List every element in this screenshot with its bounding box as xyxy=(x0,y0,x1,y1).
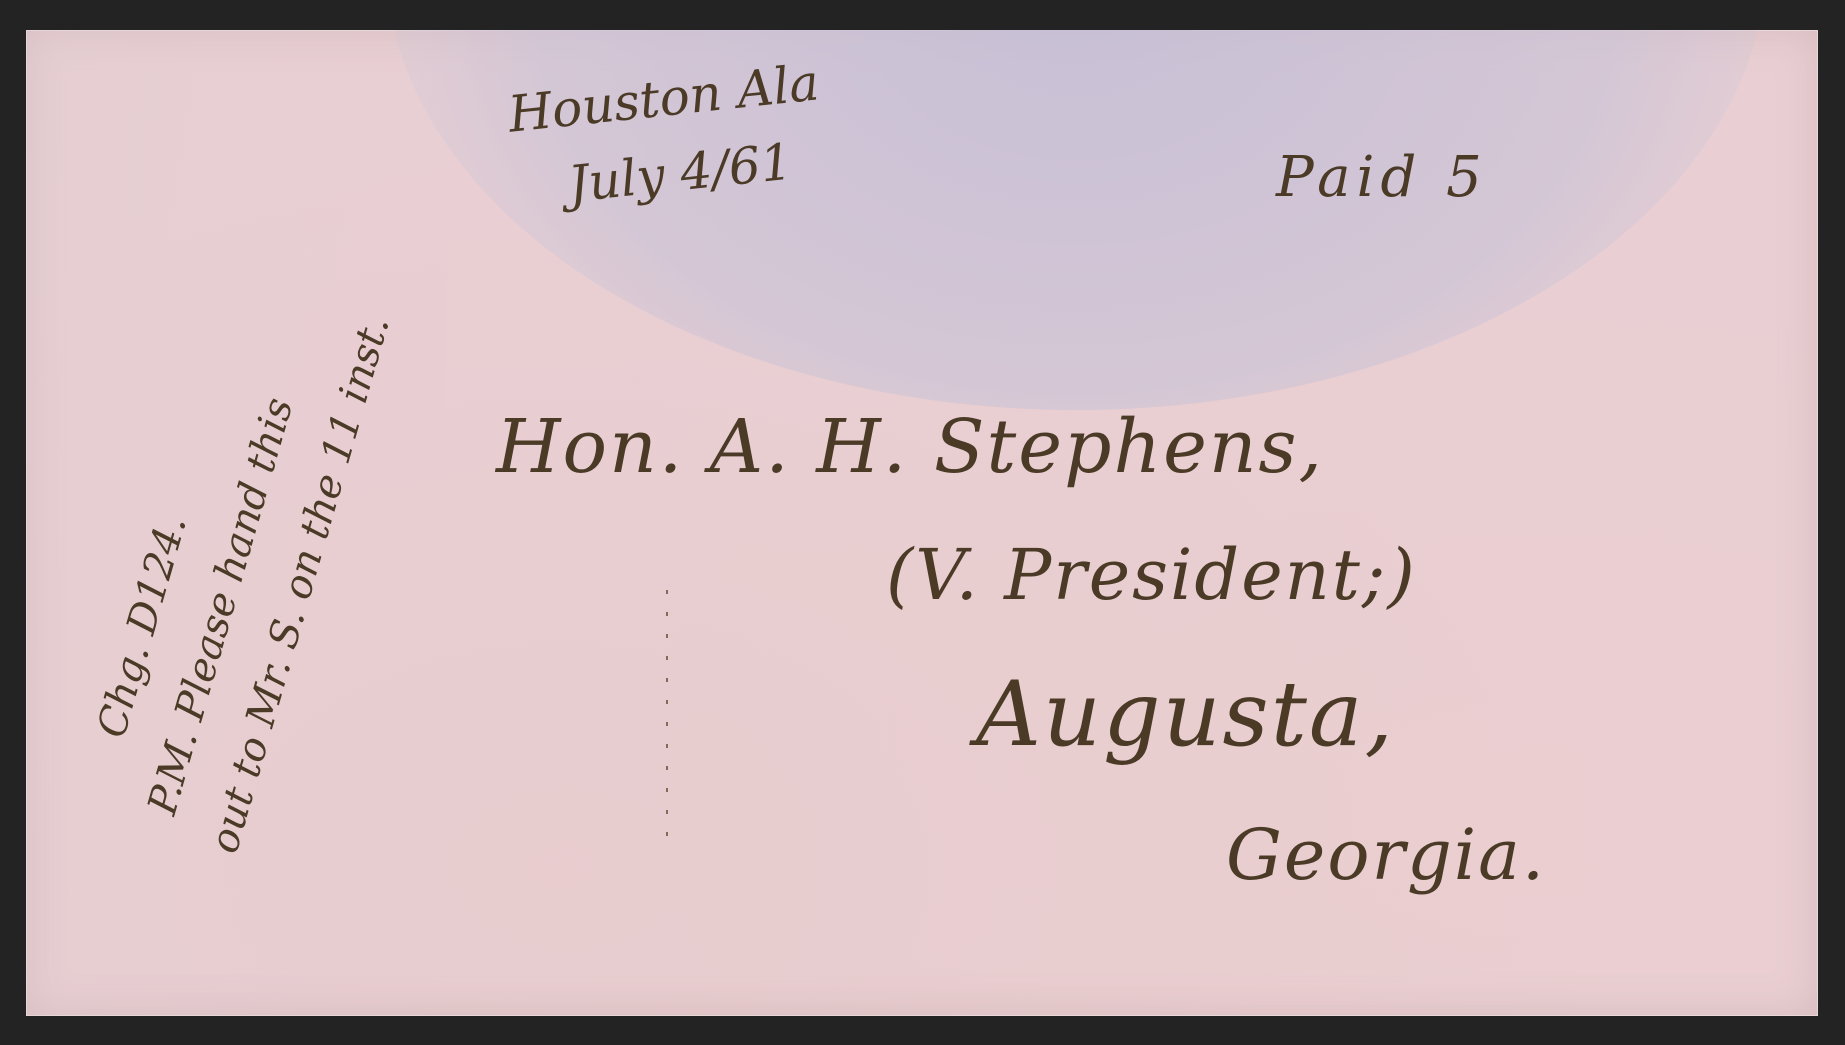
address-city: Augusta, xyxy=(976,670,1395,760)
addressee-name: Hon. A. H. Stephens, xyxy=(496,410,1324,484)
address-state: Georgia. xyxy=(1226,820,1546,890)
dotted-fold-line xyxy=(666,590,668,850)
paid-rate-marking: Paid 5 xyxy=(1276,150,1488,206)
envelope: Houston Ala July 4/61 Paid 5 Hon. A. H. … xyxy=(26,30,1818,1016)
addressee-title: (V. President;) xyxy=(886,540,1417,610)
photo-stage: Houston Ala July 4/61 Paid 5 Hon. A. H. … xyxy=(0,0,1845,1045)
